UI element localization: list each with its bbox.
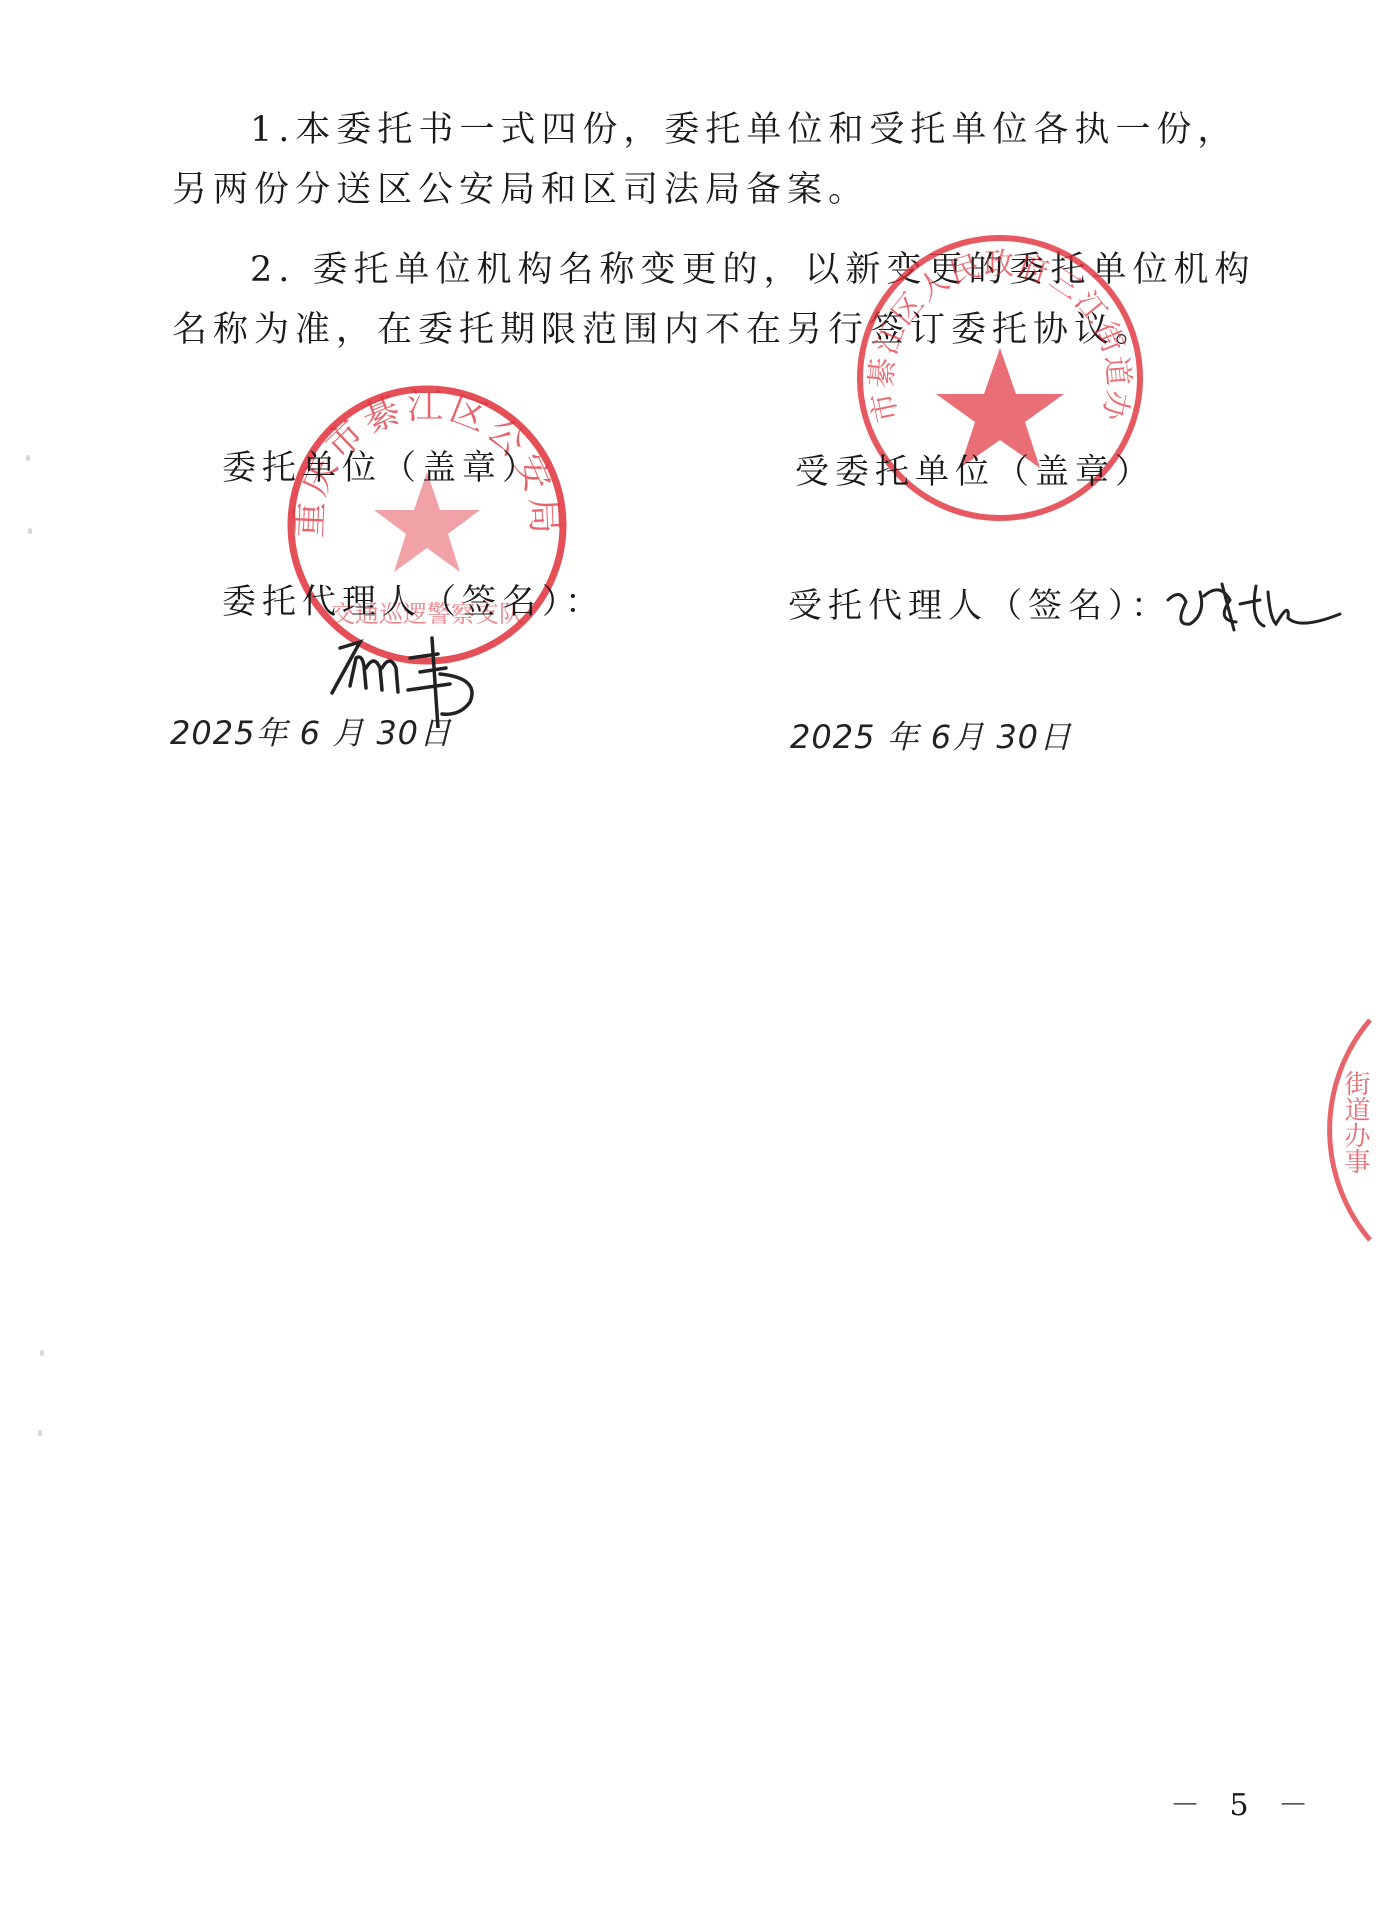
entrusting-unit-label: 委托单位（盖章） (222, 440, 542, 489)
clause-1: 1.本委托书一式四份，委托单位和受托单位各执一份，另两份分送区公安局和区司法局备… (172, 100, 1272, 220)
right-agent-signature (1160, 570, 1350, 640)
scan-speck (26, 455, 30, 461)
edge-seal-text: 街道办事 (1340, 1070, 1370, 1174)
entrusting-agent-label: 委托代理人（签名）： (222, 574, 605, 623)
clause-2: 2. 委托单位机构名称变更的，以新变更的委托单位机构名称为准，在委托期限范围内不… (172, 240, 1272, 360)
document-page: 1.本委托书一式四份，委托单位和受托单位各执一份，另两份分送区公安局和区司法局备… (0, 0, 1380, 1912)
page-number: － 5 － (1170, 1780, 1318, 1824)
right-agent-date: 2025 年 6月 30日 (790, 712, 1072, 758)
entrusted-unit-label: 受委托单位（盖章） (795, 444, 1155, 493)
left-official-seal: 重庆市綦江区公安局 交通巡逻警察支队 (282, 380, 572, 670)
scan-speck (38, 1430, 42, 1436)
edge-seal-fragment: 街道办事 (1310, 1010, 1380, 1250)
left-agent-date: 2025年 6 月 30日 (170, 708, 452, 754)
entrusted-agent-label: 受托代理人（签名）： (788, 578, 1171, 627)
scan-speck (40, 1350, 44, 1356)
scan-speck (28, 528, 32, 534)
